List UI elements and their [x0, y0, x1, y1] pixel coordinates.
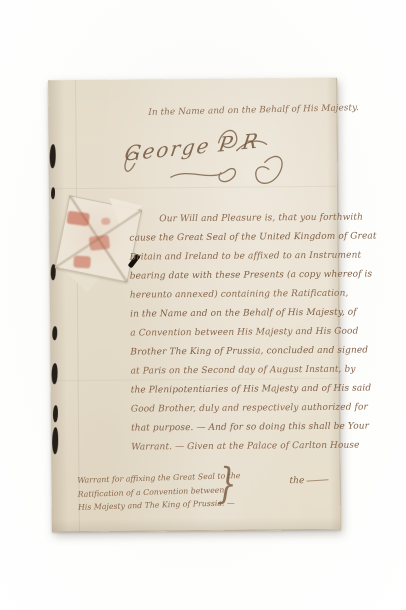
body-line: a Convention between His Majesty and His…	[130, 323, 366, 344]
body-line: the Plenipotentiaries of His Majesty and…	[131, 380, 367, 401]
seal-red-wax-mark	[73, 255, 91, 268]
body-line: Warrant. — Given at the Palace of Carlto…	[131, 436, 367, 457]
body-line: cause the Great Seal of the United Kingd…	[129, 228, 365, 249]
seal-red-wax-mark	[66, 211, 90, 227]
catchword-text: the	[289, 476, 304, 486]
body-line: hereunto annexed) containing the Ratific…	[130, 285, 366, 306]
body-line: at Paris on the Second day of August Ins…	[130, 361, 366, 382]
photo-stage: In the Name and on the Behalf of His Maj…	[0, 0, 406, 610]
catchword: the	[289, 476, 328, 486]
vertical-fold-crease	[75, 80, 80, 531]
body-line: in the Name and on the Behalf of His Maj…	[130, 304, 366, 325]
body-line: Good Brother, duly and respectively auth…	[131, 398, 367, 419]
seal-red-wax-mark	[89, 235, 110, 251]
bottom-edge-shading	[52, 517, 340, 532]
body-line: Brother The King of Prussia, concluded a…	[130, 342, 366, 363]
body-line: that purpose. — And for so doing this sh…	[131, 417, 367, 438]
royal-signature: George P R	[118, 120, 297, 198]
body-line: bearing date with these Presents (a copy…	[130, 266, 366, 287]
body-line: Britain and Ireland to be affixed to an …	[130, 247, 366, 268]
body-line: Our Will and Pleasure is, that you forth…	[129, 209, 365, 230]
body-text: Our Will and Pleasure is, that you forth…	[129, 209, 367, 458]
seal-red-wax-mark	[101, 218, 110, 225]
catchword-flourish	[306, 479, 328, 482]
docket-brace: }	[217, 461, 237, 506]
document-paper: In the Name and on the Behalf of His Maj…	[48, 78, 341, 533]
